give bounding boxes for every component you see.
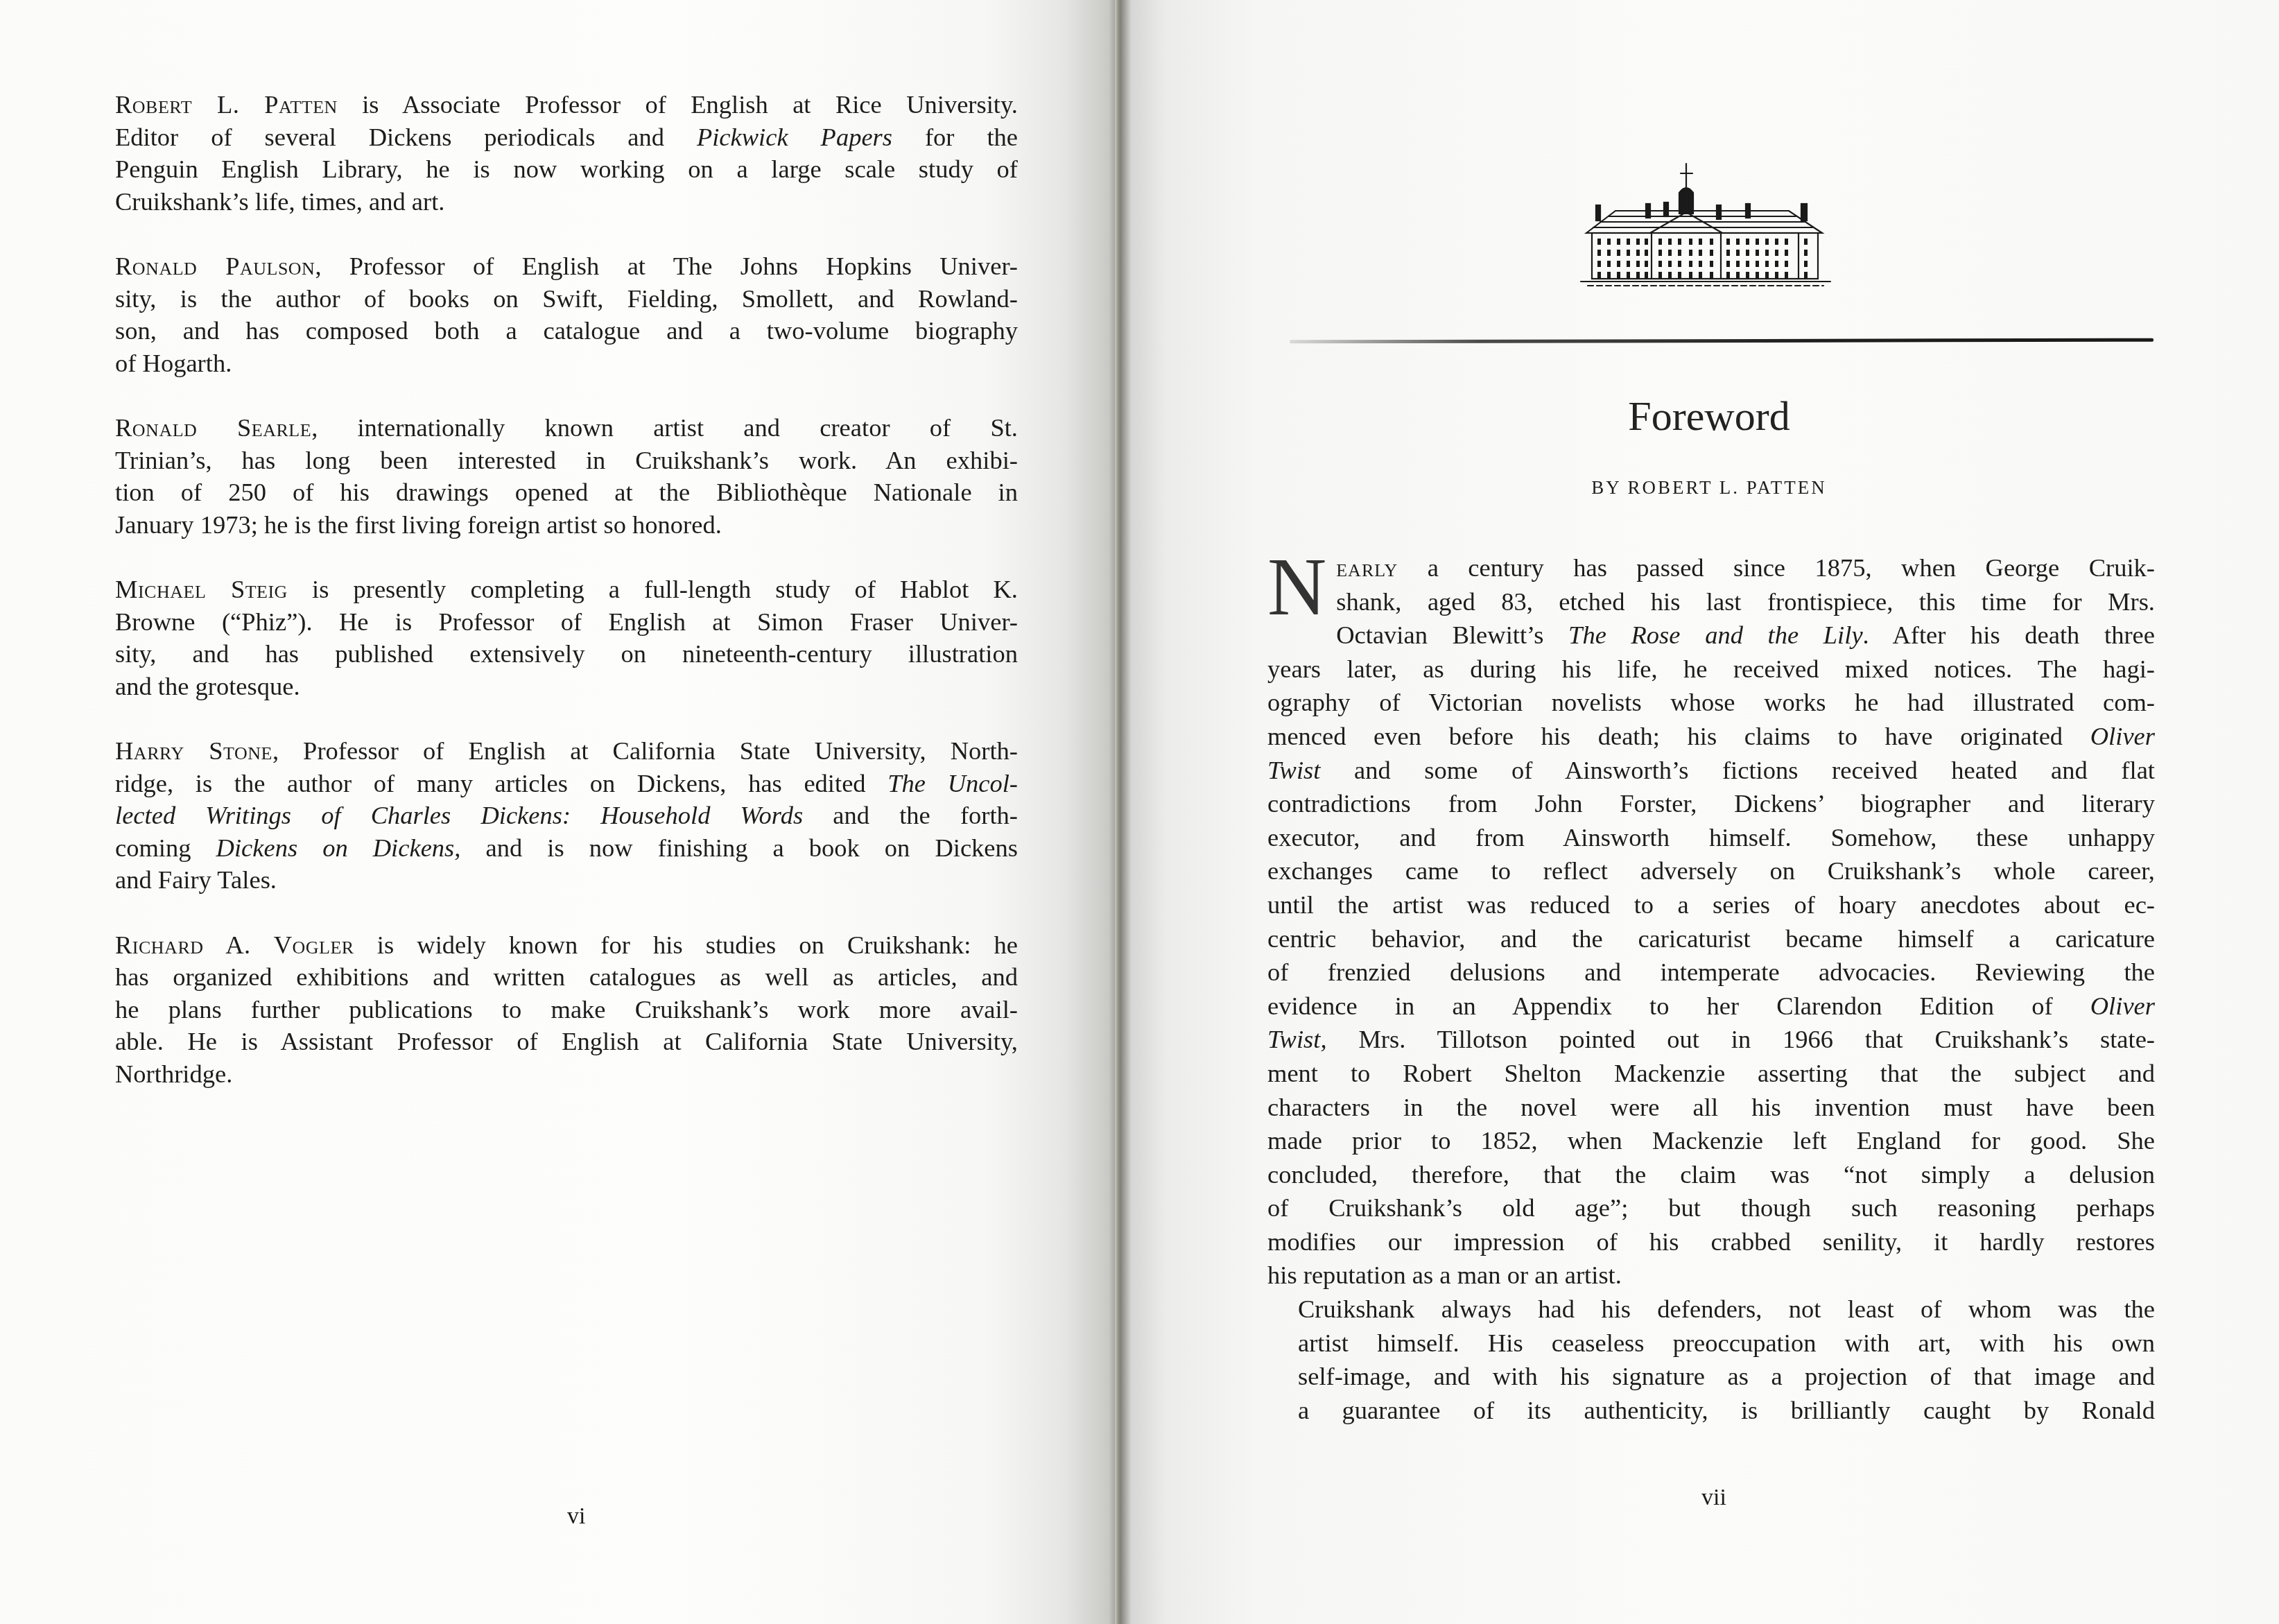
text-line: Trinian’s, has long been interested in C… xyxy=(115,444,1018,477)
text-line: early a century has passed since 1875, w… xyxy=(1267,551,2155,585)
contributor-name: Ronald Searle xyxy=(115,413,311,442)
contributor-bio: Ronald Searle, internationally known art… xyxy=(115,412,1018,541)
foreword-paragraph: Nearly a century has passed since 1875, … xyxy=(1267,551,2155,1293)
text-line: artist himself. His ceaseless preoccupat… xyxy=(1267,1327,2155,1360)
text-line: Penguin English Library, he is now worki… xyxy=(115,153,1018,186)
contributor-name: Michael Steig xyxy=(115,575,288,603)
text-line: sity, is the author of books on Swift, F… xyxy=(115,283,1018,316)
text-line: years later, as during his life, he rece… xyxy=(1267,653,2155,686)
text-line: ography of Victorian novelists whose wor… xyxy=(1267,686,2155,720)
text-line: characters in the novel were all his inv… xyxy=(1267,1091,2155,1125)
text-line: Editor of several Dickens periodicals an… xyxy=(115,121,1018,154)
text-line: lected Writings of Charles Dickens: Hous… xyxy=(115,800,1018,832)
text-line: Robert L. Patten is Associate Professor … xyxy=(115,89,1018,121)
text-line: January 1973; he is the first living for… xyxy=(115,509,1018,542)
text-line: exchanges came to reflect adversely on C… xyxy=(1267,854,2155,888)
text-line: Ronald Searle, internationally known art… xyxy=(115,412,1018,444)
text-line: he plans further publications to make Cr… xyxy=(115,994,1018,1026)
text-line: has organized exhibitions and written ca… xyxy=(115,961,1018,994)
text-line: Ronald Paulson, Professor of English at … xyxy=(115,250,1018,283)
text-line: contradictions from John Forster, Dicken… xyxy=(1267,787,2155,821)
text-line: Octavian Blewitt’s The Rose and the Lily… xyxy=(1267,619,2155,653)
contributor-bio: Michael Steig is presently completing a … xyxy=(115,573,1018,702)
text-line: self-image, and with his signature as a … xyxy=(1267,1360,2155,1394)
text-line: Cruikshank’s life, times, and art. xyxy=(115,186,1018,218)
contributor-bio: Robert L. Patten is Associate Professor … xyxy=(115,89,1018,218)
text-line: coming Dickens on Dickens, and is now fi… xyxy=(115,832,1018,865)
foreword-paragraph: Cruikshank always had his defenders, not… xyxy=(1267,1293,2155,1427)
left-page: Robert L. Patten is Associate Professor … xyxy=(0,0,1120,1624)
building-engraving-icon xyxy=(1567,150,1844,288)
text-line: Cruikshank always had his defenders, not… xyxy=(1267,1293,2155,1327)
text-line: of frenzied delusions and intemperate ad… xyxy=(1267,956,2155,990)
text-line: shank, aged 83, etched his last frontisp… xyxy=(1267,585,2155,619)
text-line: a guarantee of its authenticity, is bril… xyxy=(1267,1394,2155,1428)
contributor-bio: Harry Stone, Professor of English at Cal… xyxy=(115,735,1018,897)
contributor-bio: Richard A. Vogler is widely known for hi… xyxy=(115,929,1018,1091)
text-line: Northridge. xyxy=(115,1058,1018,1091)
chapter-byline: BY ROBERT L. PATTEN xyxy=(1262,477,2156,499)
contributor-bio: Ronald Paulson, Professor of English at … xyxy=(115,250,1018,379)
text-line: Richard A. Vogler is widely known for hi… xyxy=(115,929,1018,962)
text-line: and the grotesque. xyxy=(115,671,1018,703)
text-line: of Cruikshank’s old age”; but though suc… xyxy=(1267,1191,2155,1225)
text-line: sity, and has published extensively on n… xyxy=(115,638,1018,671)
contributor-name: Harry Stone xyxy=(115,736,272,765)
chapter-title: Foreword xyxy=(1262,392,2156,440)
contributor-name: Richard A. Vogler xyxy=(115,931,354,959)
text-line: Twist and some of Ainsworth’s fictions r… xyxy=(1267,754,2155,788)
text-line: Harry Stone, Professor of English at Cal… xyxy=(115,735,1018,768)
contributor-name: Ronald Paulson xyxy=(115,252,315,280)
foreword-body: Nearly a century has passed since 1875, … xyxy=(1267,551,2155,1427)
text-line: Michael Steig is presently completing a … xyxy=(115,573,1018,606)
page-number-left: vi xyxy=(567,1503,585,1530)
text-line: Browne (“Phiz”). He is Professor of Engl… xyxy=(115,606,1018,639)
text-line: son, and has composed both a catalogue a… xyxy=(115,315,1018,347)
book-spread: Robert L. Patten is Associate Professor … xyxy=(0,0,2279,1624)
text-line: executor, and from Ainsworth himself. So… xyxy=(1267,821,2155,855)
text-line: of Hogarth. xyxy=(115,347,1018,380)
text-line: concluded, therefore, that the claim was… xyxy=(1267,1158,2155,1192)
text-line: evidence in an Appendix to her Clarendon… xyxy=(1267,990,2155,1023)
text-line: until the artist was reduced to a series… xyxy=(1267,888,2155,922)
text-line: centric behavior, and the caricaturist b… xyxy=(1267,922,2155,956)
contributor-name: Robert L. Patten xyxy=(115,90,338,119)
text-line: ment to Robert Shelton Mackenzie asserti… xyxy=(1267,1057,2155,1091)
text-line: and Fairy Tales. xyxy=(115,864,1018,897)
drop-cap: N xyxy=(1267,555,1326,619)
text-line: ridge, is the author of many articles on… xyxy=(115,768,1018,800)
text-line: made prior to 1852, when Mackenzie left … xyxy=(1267,1124,2155,1158)
text-line: Twist, Mrs. Tillotson pointed out in 196… xyxy=(1267,1023,2155,1057)
text-line: menced even before his death; his claims… xyxy=(1267,720,2155,754)
text-line: modifies our impression of his crabbed s… xyxy=(1267,1225,2155,1259)
text-line: tion of 250 of his drawings opened at th… xyxy=(115,476,1018,509)
text-line: his reputation as a man or an artist. xyxy=(1267,1259,2155,1293)
contributor-bios: Robert L. Patten is Associate Professor … xyxy=(115,89,1018,1123)
text-line: able. He is Assistant Professor of Engli… xyxy=(115,1026,1018,1058)
page-number-right: vii xyxy=(1701,1485,1726,1511)
